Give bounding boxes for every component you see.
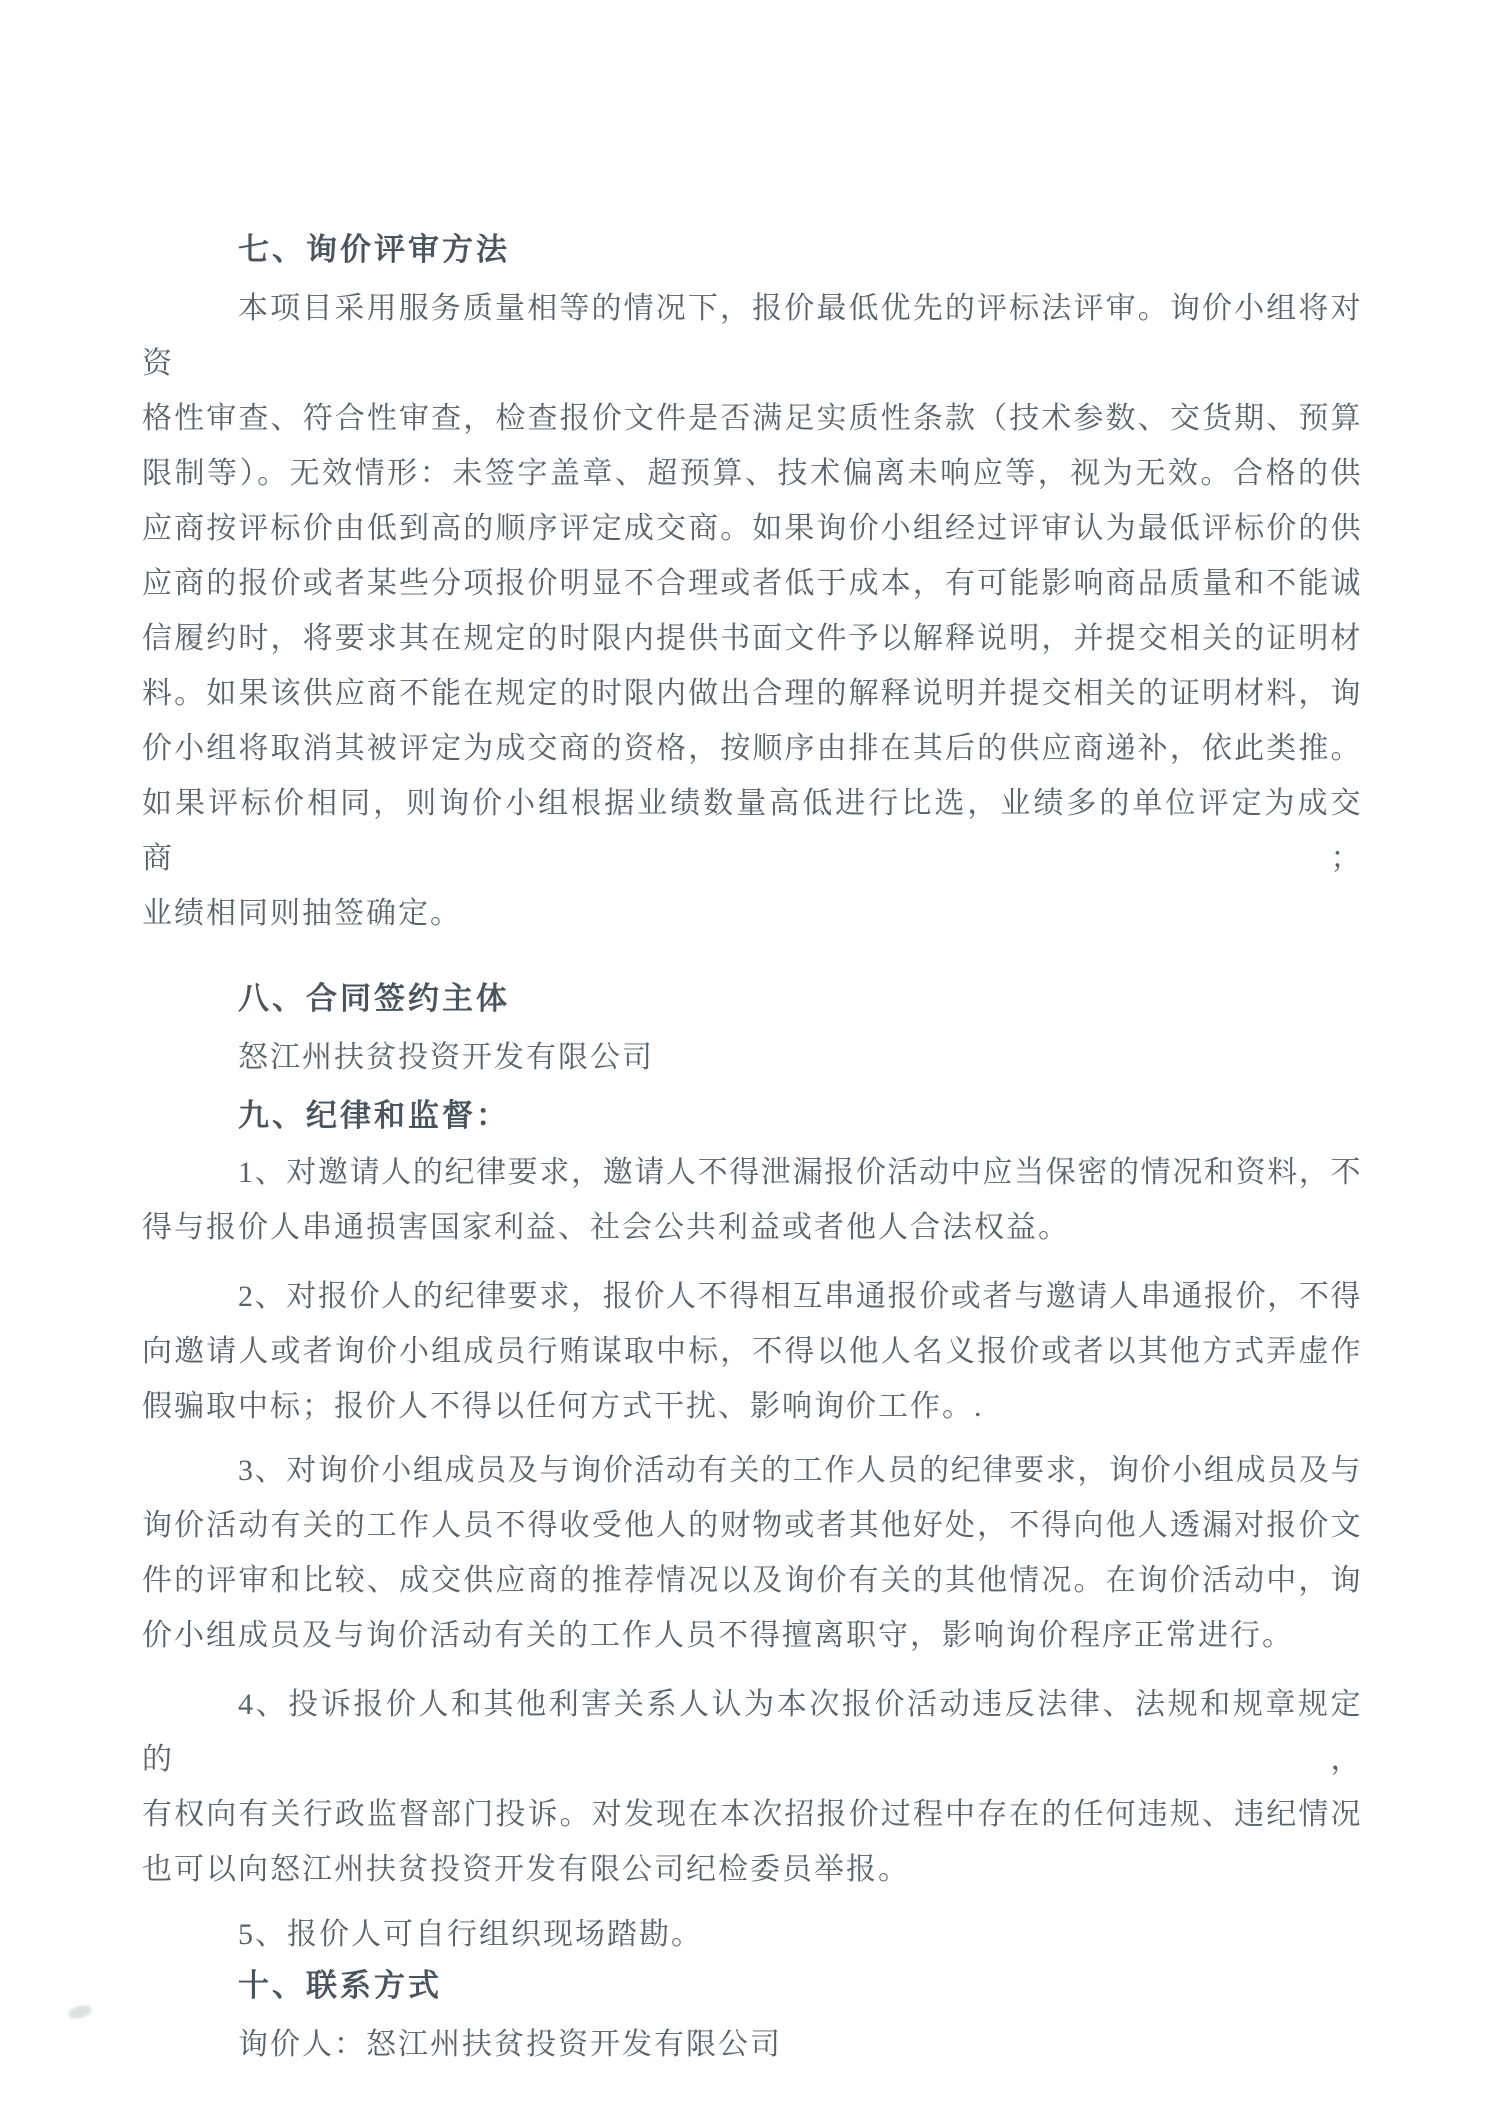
paragraph-evaluation-method: 本项目采用服务质量相等的情况下，报价最低优先的评标法评审。询价小组将对资 格性审… [142, 281, 1362, 941]
text-line: 4、投诉报价人和其他利害关系人认为本次报价活动违反法律、法规和规章规定的， [142, 1677, 1362, 1787]
paragraph-contract-party: 怒江州扶贫投资开发有限公司 [142, 1030, 1362, 1085]
text-line: 价小组成员及与询价活动有关的工作人员不得擅离职守，影响询价程序正常进行。 [142, 1608, 1362, 1663]
text-line: 件的评审和比较、成交供应商的推荐情况以及询价有关的其他情况。在询价活动中，询 [142, 1553, 1362, 1608]
paragraph-discipline-3: 3、对询价小组成员及与询价活动有关的工作人员的纪律要求，询价小组成员及与 询价活… [142, 1443, 1362, 1663]
text-line: 得与报价人串通损害国家利益、社会公共利益或者他人合法权益。 [142, 1200, 1362, 1255]
text-line: 应商的报价或者某些分项报价明显不合理或者低于成本，有可能影响商品质量和不能诚 [142, 556, 1362, 611]
section-heading-10: 十、联系方式 [142, 1958, 1362, 2013]
section-heading-8: 八、合同签约主体 [142, 971, 1362, 1026]
text-line: 如果评标价相同，则询价小组根据业绩数量高低进行比选，业绩多的单位评定为成交商； [142, 776, 1362, 886]
text-line: 本项目采用服务质量相等的情况下，报价最低优先的评标法评审。询价小组将对资 [142, 281, 1362, 391]
section-heading-7: 七、询价评审方法 [142, 222, 1362, 277]
text-line: 料。如果该供应商不能在规定的时限内做出合理的解释说明并提交相关的证明材料，询 [142, 666, 1362, 721]
paragraph-discipline-4: 4、投诉报价人和其他利害关系人认为本次报价活动违反法律、法规和规章规定的， 有权… [142, 1677, 1362, 1897]
text-line: 2、对报价人的纪律要求，报价人不得相互串通报价或者与邀请人串通报价，不得 [142, 1269, 1362, 1324]
text-line: 业绩相同则抽签确定。 [142, 886, 1362, 941]
section-heading-9: 九、纪律和监督： [142, 1088, 1362, 1143]
text-line: 询价活动有关的工作人员不得收受他人的财物或者其他好处，不得向他人透漏对报价文 [142, 1498, 1362, 1553]
text-line: 应商按评标价由低到高的顺序评定成交商。如果询价小组经过评审认为最低评标价的供 [142, 501, 1362, 556]
text-line: 怒江州扶贫投资开发有限公司 [142, 1030, 1362, 1085]
document-page: 七、询价评审方法 本项目采用服务质量相等的情况下，报价最低优先的评标法评审。询价… [0, 0, 1488, 2106]
paragraph-discipline-2: 2、对报价人的纪律要求，报价人不得相互串通报价或者与邀请人串通报价，不得 向邀请… [142, 1269, 1362, 1434]
text-line: 格性审查、符合性审查，检查报价文件是否满足实质性条款（技术参数、交货期、预算 [142, 391, 1362, 446]
text-line: 也可以向怒江州扶贫投资开发有限公司纪检委员举报。 [142, 1842, 1362, 1897]
text-line: 向邀请人或者询价小组成员行贿谋取中标，不得以他人名义报价或者以其他方式弄虚作 [142, 1324, 1362, 1379]
text-line: 假骗取中标；报价人不得以任何方式干扰、影响询价工作。. [142, 1379, 1362, 1434]
text-line: 5、报价人可自行组织现场踏勘。 [142, 1907, 1362, 1962]
text-line: 询价人：怒江州扶贫投资开发有限公司 [142, 2017, 1362, 2072]
paragraph-contact: 询价人：怒江州扶贫投资开发有限公司 [142, 2017, 1362, 2072]
text-line: 信履约时，将要求其在规定的时限内提供书面文件予以解释说明，并提交相关的证明材 [142, 611, 1362, 666]
document-content: 七、询价评审方法 本项目采用服务质量相等的情况下，报价最低优先的评标法评审。询价… [142, 222, 1362, 2072]
paragraph-discipline-1: 1、对邀请人的纪律要求，邀请人不得泄漏报价活动中应当保密的情况和资料，不 得与报… [142, 1145, 1362, 1255]
scan-smudge-artifact [67, 2003, 94, 2022]
text-line: 1、对邀请人的纪律要求，邀请人不得泄漏报价活动中应当保密的情况和资料，不 [142, 1145, 1362, 1200]
text-line: 有权向有关行政监督部门投诉。对发现在本次招报价过程中存在的任何违规、违纪情况 [142, 1787, 1362, 1842]
text-line: 价小组将取消其被评定为成交商的资格，按顺序由排在其后的供应商递补，依此类推。 [142, 721, 1362, 776]
text-line: 3、对询价小组成员及与询价活动有关的工作人员的纪律要求，询价小组成员及与 [142, 1443, 1362, 1498]
paragraph-discipline-5: 5、报价人可自行组织现场踏勘。 [142, 1907, 1362, 1962]
text-line: 限制等）。无效情形：未签字盖章、超预算、技术偏离未响应等，视为无效。合格的供 [142, 446, 1362, 501]
